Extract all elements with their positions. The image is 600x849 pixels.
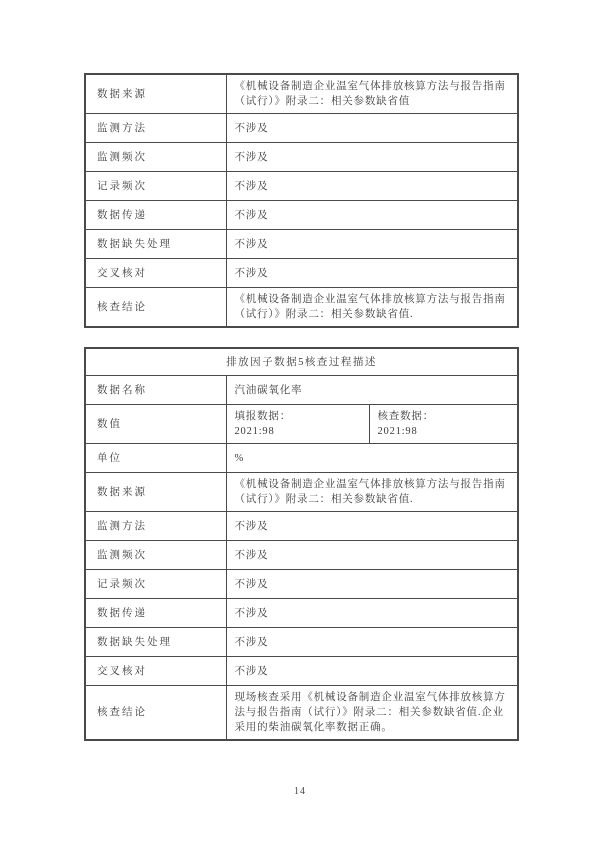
table-row: 记录频次 不涉及 <box>85 172 518 201</box>
row-label: 记录频次 <box>85 570 226 599</box>
reported-data-cell: 填报数据： 2021:98 <box>226 405 369 444</box>
table-row: 数据传递 不涉及 <box>85 599 518 628</box>
row-label: 核查结论 <box>85 288 226 328</box>
row-label: 监测频次 <box>85 143 226 172</box>
row-value: 不涉及 <box>226 657 518 686</box>
table-row: 数据来源 《机械设备制造企业温室气体排放核算方法与报告指南（试行）》附录二：相关… <box>85 473 518 512</box>
row-label: 监测方法 <box>85 114 226 143</box>
table-title: 排放因子数据5核查过程描述 <box>85 348 518 376</box>
table-row: 监测方法 不涉及 <box>85 114 518 143</box>
row-label: 单位 <box>85 444 226 473</box>
table-row: 记录频次 不涉及 <box>85 570 518 599</box>
row-value: 不涉及 <box>226 512 518 541</box>
table-row: 数据名称 汽油碳氧化率 <box>85 376 518 405</box>
row-value: 《机械设备制造企业温室气体排放核算方法与报告指南（试行）》附录二：相关参数缺省值… <box>226 288 518 328</box>
row-label: 数据来源 <box>85 74 226 114</box>
row-label: 数据来源 <box>85 473 226 512</box>
row-value: 不涉及 <box>226 114 518 143</box>
table-row: 交叉核对 不涉及 <box>85 259 518 288</box>
row-label: 数据传递 <box>85 201 226 230</box>
verified-data-cell: 核查数据： 2021:98 <box>369 405 518 444</box>
row-value: 不涉及 <box>226 541 518 570</box>
table-row: 监测方法 不涉及 <box>85 512 518 541</box>
table-row: 监测频次 不涉及 <box>85 541 518 570</box>
verification-table-upper: 数据来源 《机械设备制造企业温室气体排放核算方法与报告指南（试行）》附录二：相关… <box>84 73 519 328</box>
reported-data-label: 填报数据： <box>235 409 361 424</box>
table-row: 核查结论 现场核查采用《机械设备制造企业温室气体排放核算方法与报告指南（试行）》… <box>85 686 518 741</box>
row-label: 数据缺失处理 <box>85 628 226 657</box>
row-value: 不涉及 <box>226 201 518 230</box>
row-value: 不涉及 <box>226 628 518 657</box>
row-value: 现场核查采用《机械设备制造企业温室气体排放核算方法与报告指南（试行）》附录二：相… <box>226 686 518 741</box>
table-row: 交叉核对 不涉及 <box>85 657 518 686</box>
row-label: 交叉核对 <box>85 259 226 288</box>
document-page: 数据来源 《机械设备制造企业温室气体排放核算方法与报告指南（试行）》附录二：相关… <box>0 0 600 849</box>
row-label: 监测频次 <box>85 541 226 570</box>
row-value: 不涉及 <box>226 570 518 599</box>
row-label: 记录频次 <box>85 172 226 201</box>
table-title-row: 排放因子数据5核查过程描述 <box>85 348 518 376</box>
verified-data-value: 2021:98 <box>378 424 510 439</box>
table-row: 数据缺失处理 不涉及 <box>85 230 518 259</box>
row-value: % <box>226 444 518 473</box>
row-label: 交叉核对 <box>85 657 226 686</box>
page-number: 14 <box>0 786 600 797</box>
row-label: 数值 <box>85 405 226 444</box>
row-value: 汽油碳氧化率 <box>226 376 518 405</box>
verified-data-label: 核查数据： <box>378 409 510 424</box>
row-label: 数据传递 <box>85 599 226 628</box>
row-value: 《机械设备制造企业温室气体排放核算方法与报告指南（试行）》附录二：相关参数缺省值 <box>226 74 518 114</box>
row-label: 监测方法 <box>85 512 226 541</box>
table-row: 数据传递 不涉及 <box>85 201 518 230</box>
row-value: 不涉及 <box>226 230 518 259</box>
table-row-numeric: 数值 填报数据： 2021:98 核查数据： 2021:98 <box>85 405 518 444</box>
reported-data-value: 2021:98 <box>235 424 361 439</box>
table-row: 数据缺失处理 不涉及 <box>85 628 518 657</box>
row-value: 《机械设备制造企业温室气体排放核算方法与报告指南（试行）》附录二：相关参数缺省值… <box>226 473 518 512</box>
row-label: 数据缺失处理 <box>85 230 226 259</box>
table-row: 监测频次 不涉及 <box>85 143 518 172</box>
row-value: 不涉及 <box>226 259 518 288</box>
row-value: 不涉及 <box>226 143 518 172</box>
verification-table-emission-factor-5: 排放因子数据5核查过程描述 数据名称 汽油碳氧化率 数值 填报数据： 2021:… <box>84 347 519 741</box>
table-row: 数据来源 《机械设备制造企业温室气体排放核算方法与报告指南（试行）》附录二：相关… <box>85 74 518 114</box>
row-value: 不涉及 <box>226 599 518 628</box>
row-label: 核查结论 <box>85 686 226 741</box>
table-row: 核查结论 《机械设备制造企业温室气体排放核算方法与报告指南（试行）》附录二：相关… <box>85 288 518 328</box>
row-label: 数据名称 <box>85 376 226 405</box>
row-value: 不涉及 <box>226 172 518 201</box>
table-row: 单位 % <box>85 444 518 473</box>
